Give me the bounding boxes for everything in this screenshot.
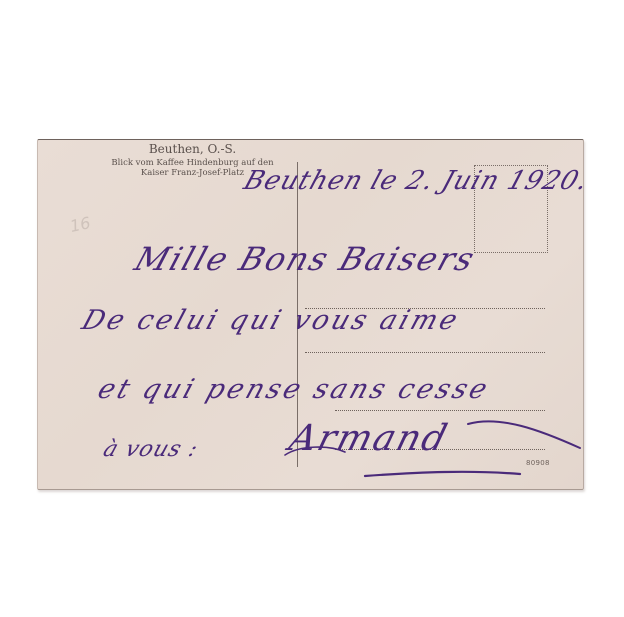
signature-flourish-icon bbox=[0, 0, 624, 617]
